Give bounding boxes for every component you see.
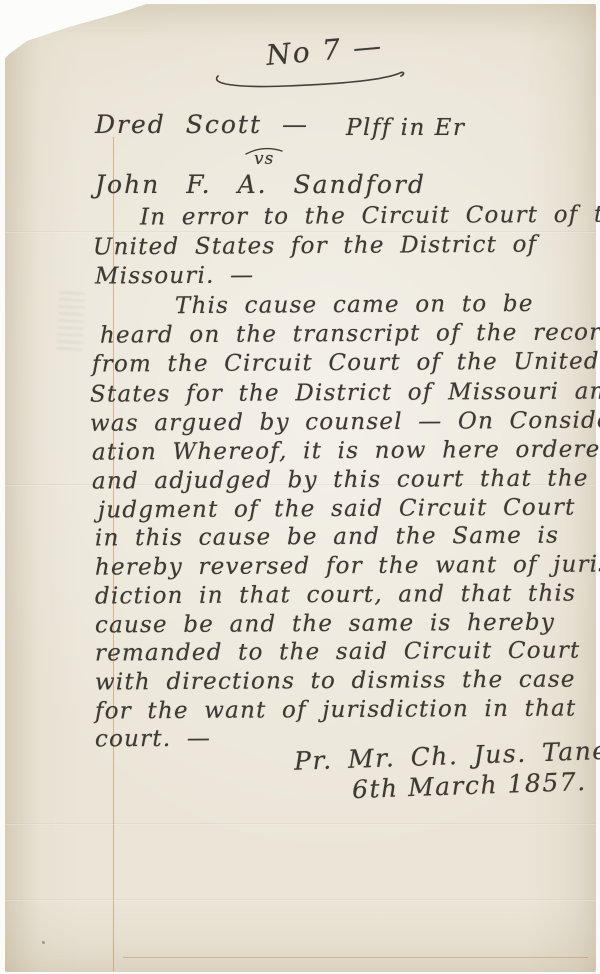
paper-speck: [42, 941, 45, 944]
body-line: Missouri. —: [95, 263, 255, 290]
docket-number: No 7 —: [265, 29, 384, 72]
body-line: diction in that court, and that this: [95, 581, 576, 610]
docket-flourish: [208, 68, 408, 96]
body-line: cause be and the same is hereby: [95, 610, 555, 639]
body-line: This cause came on to be: [175, 291, 534, 319]
body-line: judgment of the said Circuit Court: [98, 495, 576, 524]
body-line: for the want of jurisdiction in that: [95, 696, 577, 725]
body-line: court. —: [95, 726, 211, 753]
body-line: hereby reversed for the want of juris=: [95, 551, 600, 580]
defendant-name: John F. A. Sandford: [95, 170, 426, 199]
body-line: In error to the Circuit Court of the: [140, 201, 600, 230]
plaintiff-designation: Plff in Er: [346, 115, 465, 141]
body-line: States for the District of Missouri and: [90, 378, 600, 407]
fold-crease-bottom: [6, 899, 595, 901]
body-line: and adjudged by this court that the: [92, 465, 589, 494]
versus-abbreviation: vs: [254, 149, 274, 169]
body-line: ation Whereof, it is now here ordered: [92, 436, 600, 465]
footer-rule-line: [123, 957, 588, 958]
document-photograph: { "document": { "docket_number": "No 7 —…: [0, 0, 600, 974]
body-line: in this cause be and the Same is: [95, 523, 559, 552]
plaintiff-name: Dred Scott —: [95, 110, 309, 139]
fold-crease-lower: [6, 823, 595, 825]
body-line: from the Circuit Court of the United: [92, 348, 600, 377]
document-scan: No 7 — Dred Scott — Plff in Er vs John F…: [0, 0, 600, 974]
body-line: was argued by counsel — On Consider=: [90, 407, 600, 436]
body-line: United States for the District of: [93, 232, 538, 261]
body-line: heard on the transcript of the record: [100, 319, 600, 348]
body-line: remanded to the said Circuit Court: [95, 638, 581, 667]
body-line: with directions to dismiss the case: [95, 667, 576, 696]
bleed-through-marks: [57, 291, 86, 350]
